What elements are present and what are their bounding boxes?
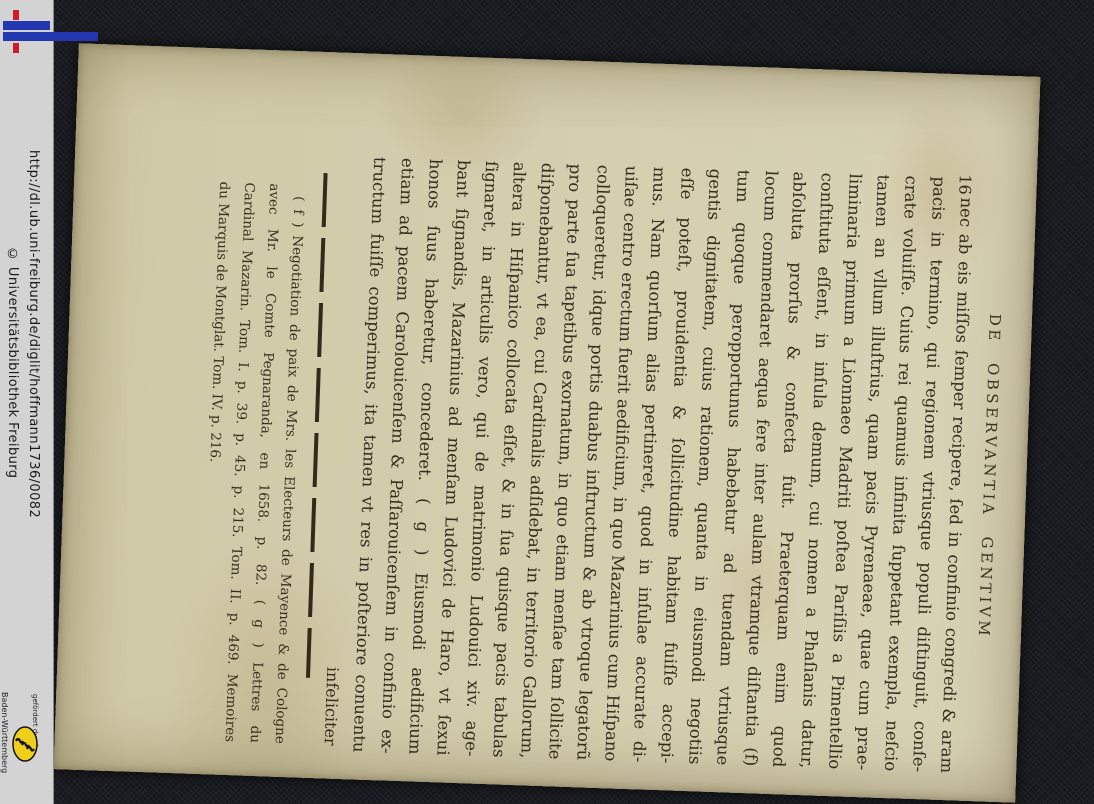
body-text: nec ab eis miſſos ſemper recipere, ſed i…	[344, 156, 980, 773]
library-logo-icon	[13, 43, 19, 53]
funding-region-label: Baden-Württemberg	[0, 692, 9, 773]
footnotes: ( f ) Negotiation de paix de Mrs. les El…	[192, 181, 311, 744]
library-logo-icon	[3, 21, 50, 30]
metadata-strip: http://dl.ub.uni-freiburg.de/diglit/hoff…	[0, 0, 54, 804]
scan-viewer: http://dl.ub.uni-freiburg.de/diglit/hoff…	[0, 0, 1094, 804]
scanned-book-page: 16 DE OBSERVANTIA GENTIVM nec ab eis miſ…	[54, 43, 1041, 802]
library-logo-icon	[13, 10, 19, 20]
copyright-text: © Universitätsbibliothek Freiburg	[5, 247, 20, 478]
baden-wuerttemberg-shield-icon	[11, 724, 39, 764]
library-logo-icon	[3, 32, 98, 41]
source-url-text: http://dl.ub.uni-freiburg.de/diglit/hoff…	[26, 150, 41, 518]
catchword: infeliciter	[321, 667, 343, 746]
